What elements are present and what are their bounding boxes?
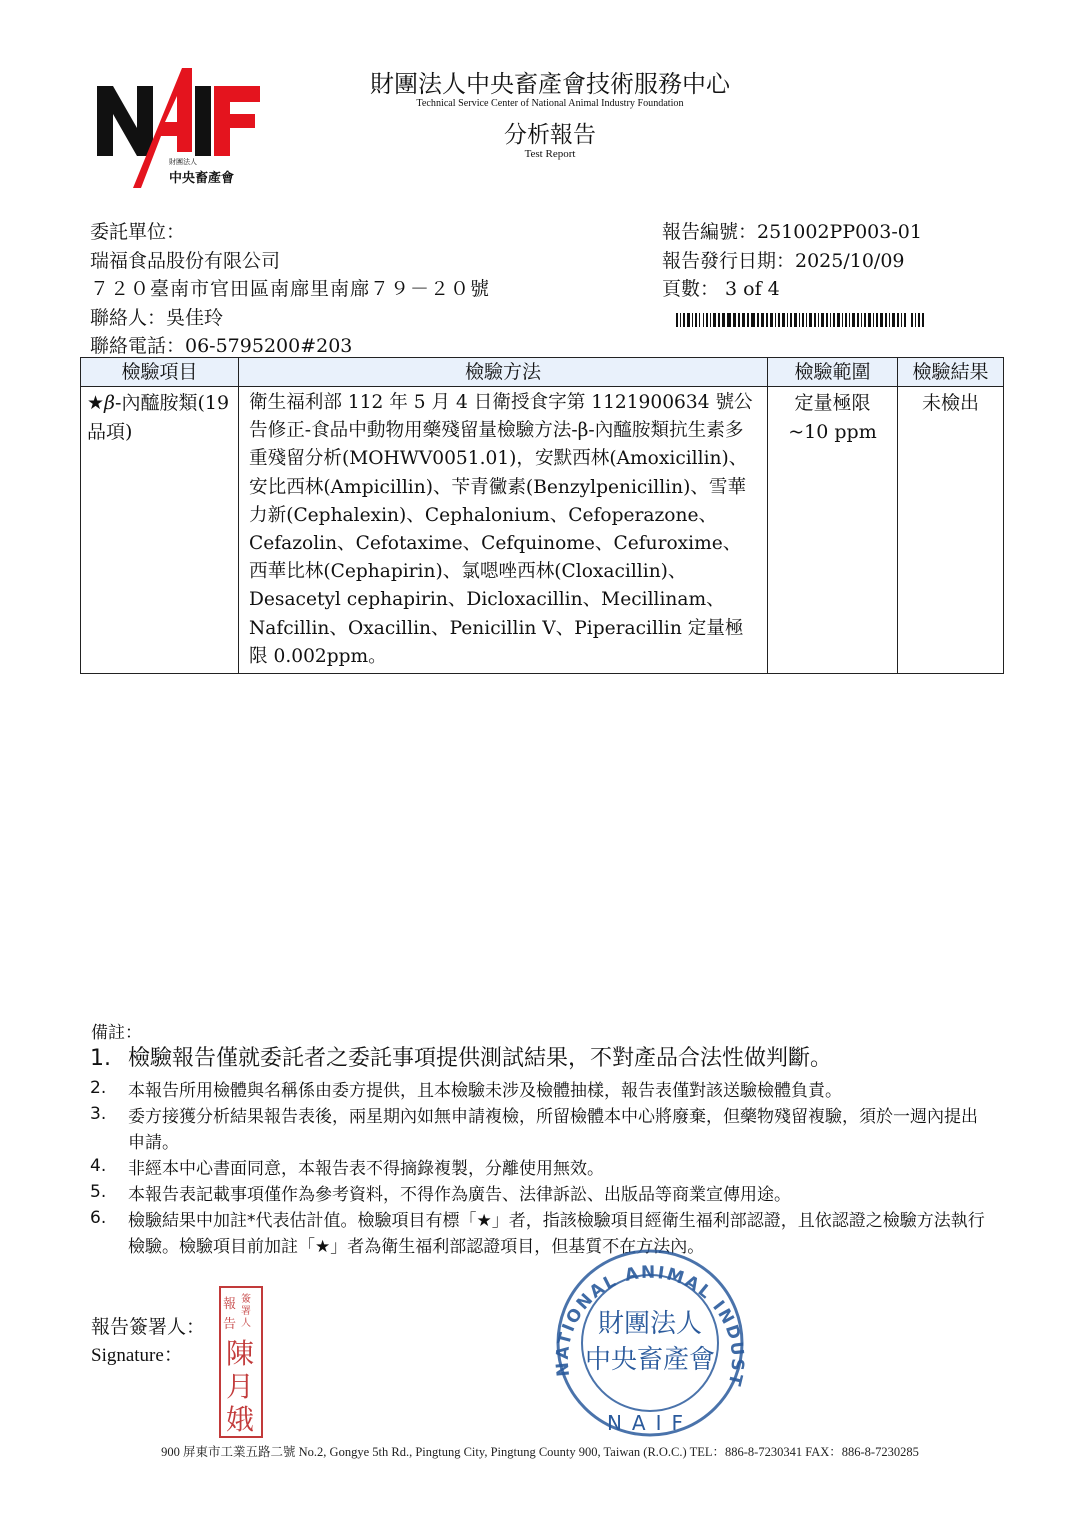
svg-text:娥: 娥 (226, 1403, 254, 1436)
foundation-seal-icon: NATIONAL ANIMAL INDUSTRY FOUNDATION NAIF… (545, 1248, 755, 1438)
header-test-result: 檢驗結果 (898, 358, 1004, 387)
signature-label-zh: 報告簽署人： (91, 1312, 205, 1339)
footer-address: 900 屏東市工業五路二號 No.2, Gongye 5th Rd., Ping… (0, 1442, 1080, 1460)
svg-text:財團法人: 財團法人 (169, 157, 197, 166)
range-line-2: ~10 ppm (768, 418, 897, 447)
table-row: ★β-內醯胺類(19 品項) 衛生福利部 112 年 5 月 4 日衛授食字第 … (81, 387, 1004, 674)
svg-text:月: 月 (226, 1370, 254, 1403)
client-company: 瑞福食品股份有限公司 (90, 247, 490, 276)
header-test-item: 檢驗項目 (81, 358, 239, 387)
header-test-method: 檢驗方法 (239, 358, 768, 387)
header-test-range: 檢驗範圍 (768, 358, 898, 387)
results-table: 檢驗項目 檢驗方法 檢驗範圍 檢驗結果 ★β-內醯胺類(19 品項) 衛生福利部… (80, 357, 1004, 674)
report-title-en: Test Report (330, 148, 770, 160)
svg-text:財團法人: 財團法人 (598, 1309, 702, 1339)
barcode-icon (676, 312, 924, 326)
report-number: 報告編號：251002PP003-01 (662, 218, 922, 247)
report-pages: 頁數： 3 of 4 (662, 275, 922, 304)
naif-logo-icon: 財團法人 中央畜產會 (97, 66, 262, 188)
svg-text:中央畜產會: 中央畜產會 (585, 1345, 715, 1375)
beta-symbol: β (104, 392, 115, 414)
report-title-zh: 分析報告 (330, 116, 770, 149)
cell-test-item: ★β-內醯胺類(19 品項) (81, 387, 239, 674)
client-contact: 聯絡人：吳佳玲 (90, 304, 490, 333)
cell-test-range: 定量極限 ~10 ppm (768, 387, 898, 674)
star-icon: ★ (87, 392, 104, 414)
svg-text:NAIF: NAIF (607, 1411, 693, 1435)
signature-chop-icon: 報 簽 署 告 人 陳 月 娥 (219, 1286, 263, 1438)
svg-text:署: 署 (241, 1305, 251, 1317)
client-address: ７２０臺南市官田區南廍里南廍７９－２０號 (90, 275, 490, 304)
notes-title: 備註： (91, 1018, 142, 1043)
org-name-zh: 財團法人中央畜產會技術服務中心 (330, 64, 770, 99)
org-name-en: Technical Service Center of National Ani… (348, 97, 753, 109)
svg-text:簽: 簽 (241, 1292, 251, 1305)
client-label: 委託單位： (90, 218, 490, 247)
svg-text:中央畜產會: 中央畜產會 (169, 170, 234, 186)
report-info-block: 報告編號：251002PP003-01 報告發行日期：2025/10/09 頁數… (662, 218, 922, 304)
naif-logo: 財團法人 中央畜產會 (97, 66, 262, 188)
cell-test-result: 未檢出 (898, 387, 1004, 674)
svg-text:報: 報 (223, 1296, 236, 1312)
svg-text:陳: 陳 (226, 1337, 254, 1370)
cell-test-method: 衛生福利部 112 年 5 月 4 日衛授食字第 1121900634 號公告修… (239, 387, 768, 674)
range-line-1: 定量極限 (768, 389, 897, 418)
signature-label-en: Signature： (91, 1340, 183, 1367)
svg-text:告: 告 (223, 1316, 236, 1332)
svg-text:人: 人 (241, 1316, 251, 1329)
client-block: 委託單位： 瑞福食品股份有限公司 ７２０臺南市官田區南廍里南廍７９－２０號 聯絡… (90, 218, 490, 361)
table-header-row: 檢驗項目 檢驗方法 檢驗範圍 檢驗結果 (81, 358, 1004, 387)
report-issue-date: 報告發行日期：2025/10/09 (662, 247, 922, 276)
